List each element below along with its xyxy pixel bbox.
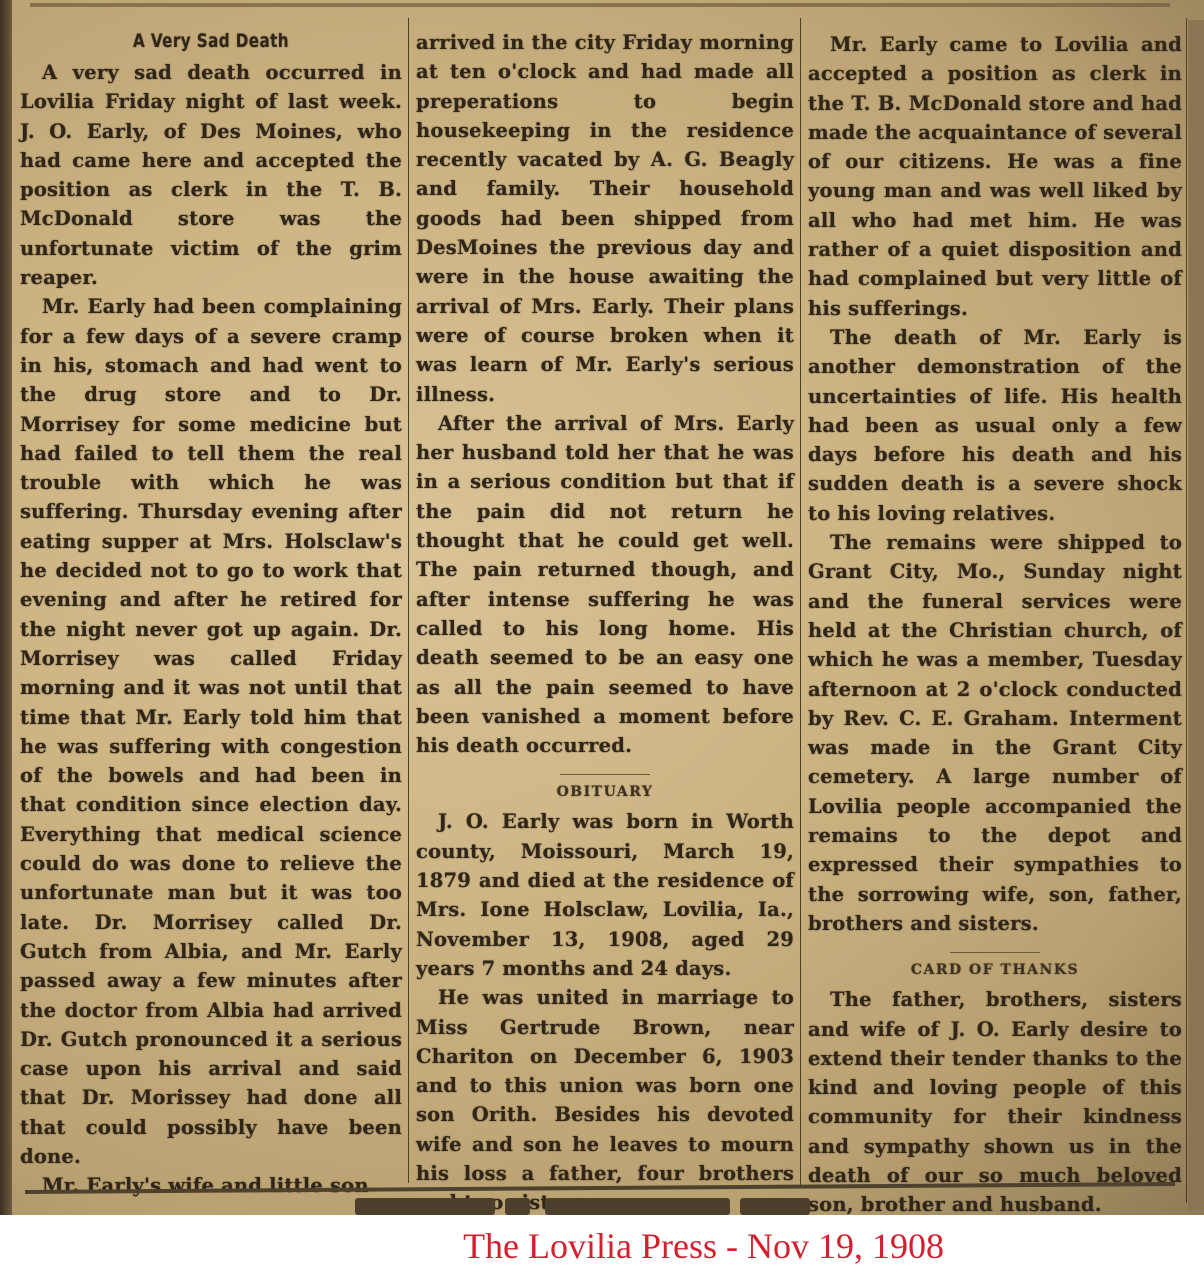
paragraph: Mr. Early came to Lovilia and accepted a… xyxy=(808,30,1182,323)
column-2: arrived in the city Friday morning at te… xyxy=(416,28,794,1215)
column-1: A Very Sad Death A very sad death occurr… xyxy=(20,24,402,1201)
newspaper-clipping: A Very Sad Death A very sad death occurr… xyxy=(0,0,1204,1215)
paragraph: Mr. Early had been complaining for a few… xyxy=(20,292,402,1171)
column-divider xyxy=(1186,18,1187,1203)
column-3: Mr. Early came to Lovilia and accepted a… xyxy=(808,30,1182,1215)
column-divider xyxy=(408,18,409,1183)
column-divider xyxy=(800,18,801,1188)
top-rule xyxy=(30,3,1170,7)
paragraph: Mr. Early's wife and little son xyxy=(20,1171,402,1200)
paragraph: The remains were shipped to Grant City, … xyxy=(808,528,1182,938)
section-separator xyxy=(560,774,650,775)
source-caption: The Lovilia Press - Nov 19, 1908 xyxy=(0,1225,944,1267)
paragraph: After the arrival of Mrs. Early her husb… xyxy=(416,409,794,761)
section-separator xyxy=(950,952,1040,953)
card-of-thanks-heading: CARD OF THANKS xyxy=(808,955,1182,985)
next-article-masthead-fragment xyxy=(25,1198,1195,1215)
paragraph: A very sad death occurred in Lovilia Fri… xyxy=(20,58,402,292)
paragraph: He was united in marriage to Miss Gertru… xyxy=(416,983,794,1215)
adjacent-column-edge xyxy=(1188,20,1204,1210)
paragraph: arrived in the city Friday morning at te… xyxy=(416,28,794,409)
clipping-left-edge xyxy=(0,0,12,1215)
paragraph: The death of Mr. Early is another demons… xyxy=(808,323,1182,528)
paragraph: J. O. Early was born in Worth county, Mo… xyxy=(416,807,794,983)
paragraph: The father, brothers, sisters and wife o… xyxy=(808,985,1182,1215)
obituary-heading: OBITUARY xyxy=(416,777,794,807)
article-headline: A Very Sad Death xyxy=(58,24,364,58)
